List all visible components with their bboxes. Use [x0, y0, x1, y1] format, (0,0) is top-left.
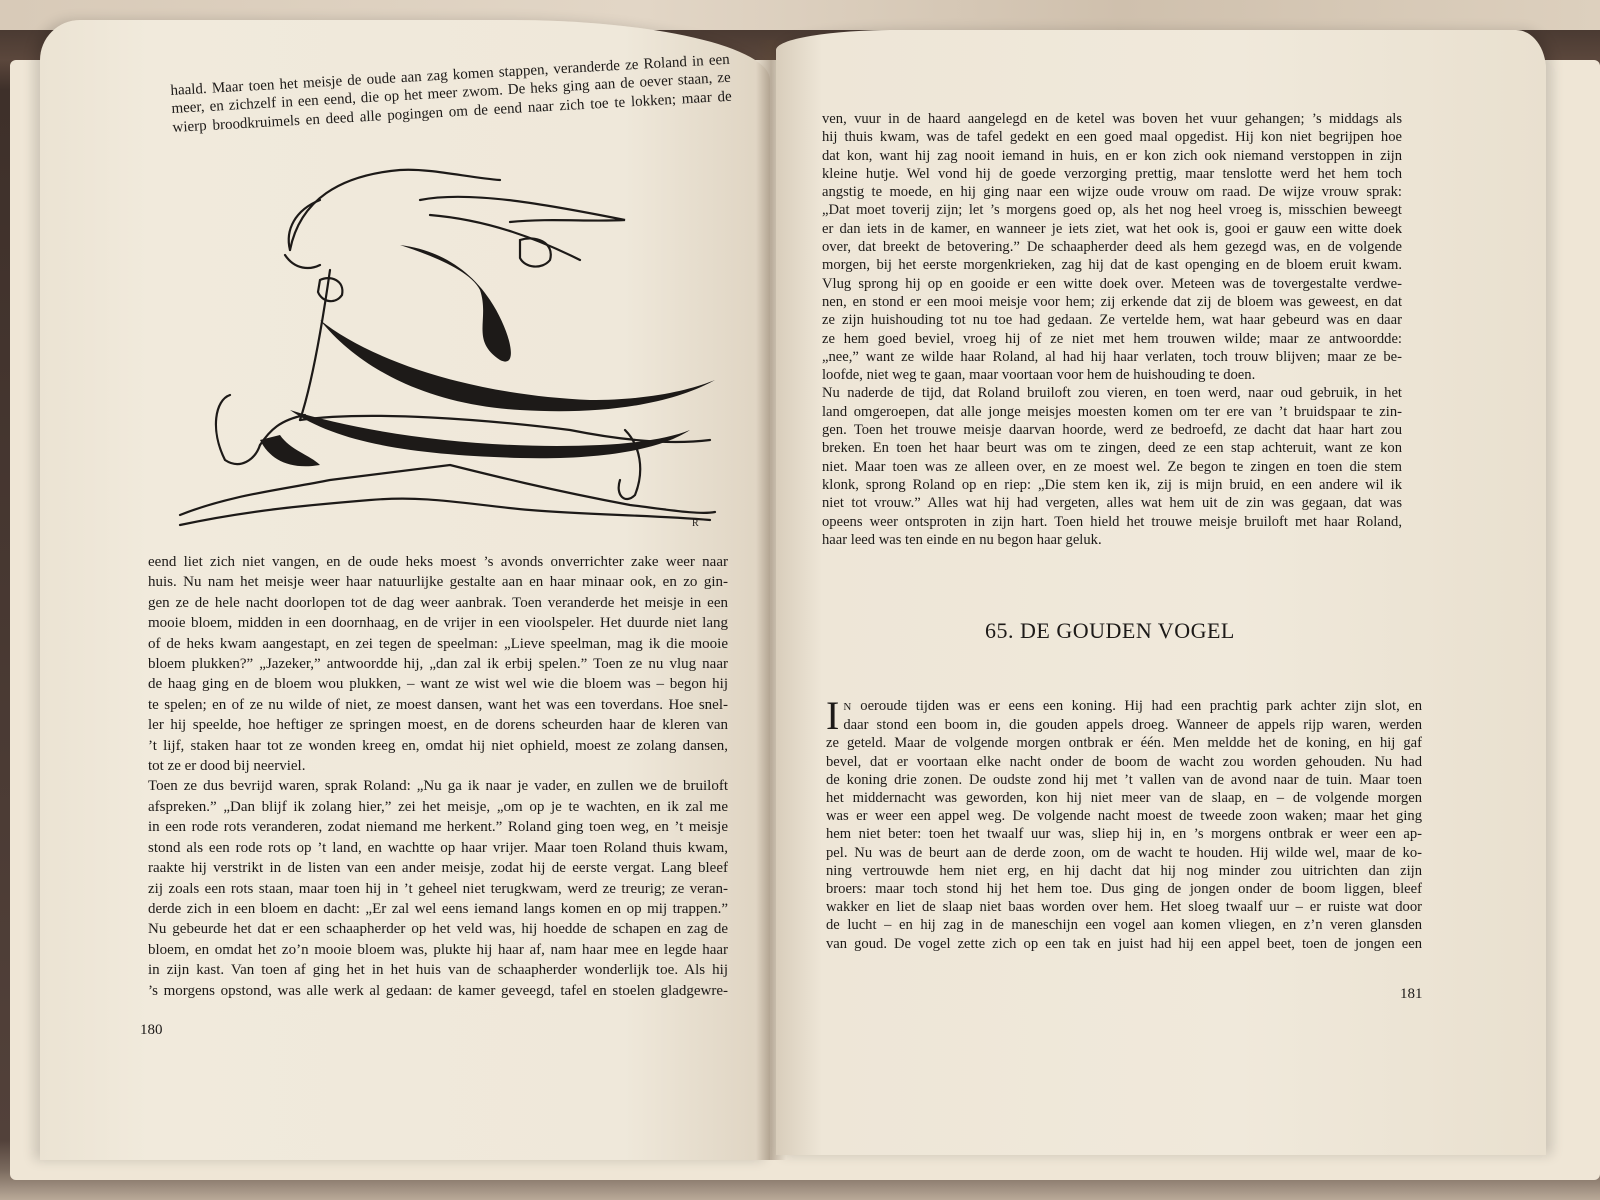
text-line: Vlug sprong hij op en gooide er een witt… [822, 275, 1402, 293]
text-line: angstig te moede, en hij ging naar een w… [822, 183, 1402, 201]
text-line: haar leed was ten einde en nu begon haar… [822, 531, 1402, 549]
text-line: Nu gebeurde het dat er een schaapherder … [148, 919, 728, 939]
chapter-title: 65. DE GOUDEN VOGEL [985, 618, 1235, 644]
text-line: of de heks kwam aangestapt, en zei tegen… [148, 634, 728, 654]
small-caps-word: N [843, 701, 851, 713]
text-line: ze zijn huishouding tot nu toe had gedaa… [822, 311, 1402, 329]
text-line: zij zoals een rots staan, maar toen hij … [148, 879, 728, 899]
left-page-main-text: eend liet zich niet vangen, en de oude h… [148, 552, 728, 1001]
text-line: de lucht – en hij zag in de maneschijn e… [826, 916, 1422, 934]
text-line: bloem, en omdat het zo’n mooie bloem was… [148, 940, 728, 960]
text-line: kleine hutje. Wel vond hij de goede verz… [822, 165, 1402, 183]
text-line: er dan iets in de kamer, en wanneer je i… [822, 220, 1402, 238]
text-line: daar stond een boom in, die gouden appel… [826, 716, 1422, 734]
text-line: broers: maar toch stond hij het hem toe.… [826, 880, 1422, 898]
text-line: breken. En toen het haar beurt was om te… [822, 439, 1402, 457]
text-line: ’s morgens opstond, was alle werk al ged… [148, 981, 728, 1001]
text-line: dat kon, want hij zag nooit iemand in hu… [822, 147, 1402, 165]
text-line: huis. Nu nam het meisje weer haar natuur… [148, 572, 728, 592]
left-page-number: 180 [140, 1022, 163, 1039]
first-line-text: oeroude tijden was er eens een koning. H… [852, 698, 1422, 714]
text-line: ze hem goed beviel, vroeg hij of ze niet… [822, 330, 1402, 348]
illustrator-signature: R [692, 518, 699, 529]
text-line: stond als een rode rots op ’t land, en w… [148, 838, 728, 858]
text-line: ze geteld. Maar de volgende morgen ontbr… [826, 734, 1422, 752]
text-line: in zijn kast. Van toen af ging het in he… [148, 960, 728, 980]
leaping-witch-drawing [170, 160, 730, 540]
text-line: „nee,” want ze wilde haar Roland, al had… [822, 348, 1402, 366]
text-line: niet tot vrouw.” Alles wat hij had verge… [822, 494, 1402, 512]
text-line: mooie bloem, midden in een doornhaag, en… [148, 613, 728, 633]
text-line: raakte hij verstrikt in de listen van ee… [148, 858, 728, 878]
text-line: te spelen; en of ze nu wilde of niet, ze… [148, 695, 728, 715]
text-line: over, dat breekt de betovering.” De scha… [822, 238, 1402, 256]
text-line: de koning drie zonen. De oudste zond hij… [826, 771, 1422, 789]
text-line: Toen ze dus bevrijd waren, sprak Roland:… [148, 776, 728, 796]
text-line: ’t lijf, staken haar tot ze wonden kreeg… [148, 736, 728, 756]
drop-cap: I [826, 699, 839, 733]
text-line: N oeroude tijden was er eens een koning.… [826, 697, 1422, 716]
text-line: ler hij speelde, hoe heftiger ze springe… [148, 715, 728, 735]
text-line: loofde, niet weg te gaan, maar voortaan … [822, 366, 1402, 384]
text-line: Nu naderde de tijd, dat Roland bruiloft … [822, 384, 1402, 402]
text-line: hem niet beter: toen het twaalf uur was,… [826, 825, 1422, 843]
text-line: pel. Nu was de beurt aan de derde zoon, … [826, 844, 1422, 862]
text-line: was er weer een appel weg. De volgende n… [826, 807, 1422, 825]
text-line: tot ze er dood bij neerviel. [148, 756, 728, 776]
text-line: gen. Toen het trouwe meisje daarvan hoor… [822, 421, 1402, 439]
text-line: ning vertrouwde hem niet erg, en hij dac… [826, 862, 1422, 880]
text-line: van goud. De vogel zette zich op een tak… [826, 935, 1422, 953]
text-line: gen ze de hele nacht doorlopen tot de da… [148, 593, 728, 613]
text-line: „Dat moet toverij zijn; let ’s morgens g… [822, 201, 1402, 219]
text-line: niet. Maar toen was ze alleen over, en z… [822, 458, 1402, 476]
text-line: opeens weer ontsproten in zijn hart. Toe… [822, 513, 1402, 531]
text-line: in een rode rots veranderen, zodat niema… [148, 817, 728, 837]
right-page-number: 181 [1400, 986, 1423, 1003]
witch-illustration [170, 160, 730, 540]
text-line: bloem plukken?” „Jazeker,” antwoordde hi… [148, 654, 728, 674]
text-line: de haag ging en de bloem wou plukken, – … [148, 674, 728, 694]
text-line: land omgeroepen, dat alle jonge meisjes … [822, 403, 1402, 421]
text-line: bevel, dat er voortaan elke nacht onder … [826, 753, 1422, 771]
text-line: derde zich in een bloem en dacht: „Er za… [148, 899, 728, 919]
text-line: klonk, sprong Roland op en riep: „Die st… [822, 476, 1402, 494]
text-line: afspreken.” „Dan blijf ik zolang hier,” … [148, 797, 728, 817]
text-line: wakker en liet de slaap niet baas worden… [826, 898, 1422, 916]
text-line: hij thuis kwam, was de tafel gedekt en e… [822, 128, 1402, 146]
text-line: morgen, bij het eerste morgenkrieken, za… [822, 256, 1402, 274]
text-line: ven, vuur in de haard aangelegd en de ke… [822, 110, 1402, 128]
story-text: I N oeroude tijden was er eens een konin… [826, 697, 1422, 953]
text-line: eend liet zich niet vangen, en de oude h… [148, 552, 728, 572]
right-page-top-text: ven, vuur in de haard aangelegd en de ke… [822, 110, 1402, 549]
text-line: het middernacht was geworden, kon hij ni… [826, 789, 1422, 807]
text-line: nen, en stond er een mooi meisje voor he… [822, 293, 1402, 311]
